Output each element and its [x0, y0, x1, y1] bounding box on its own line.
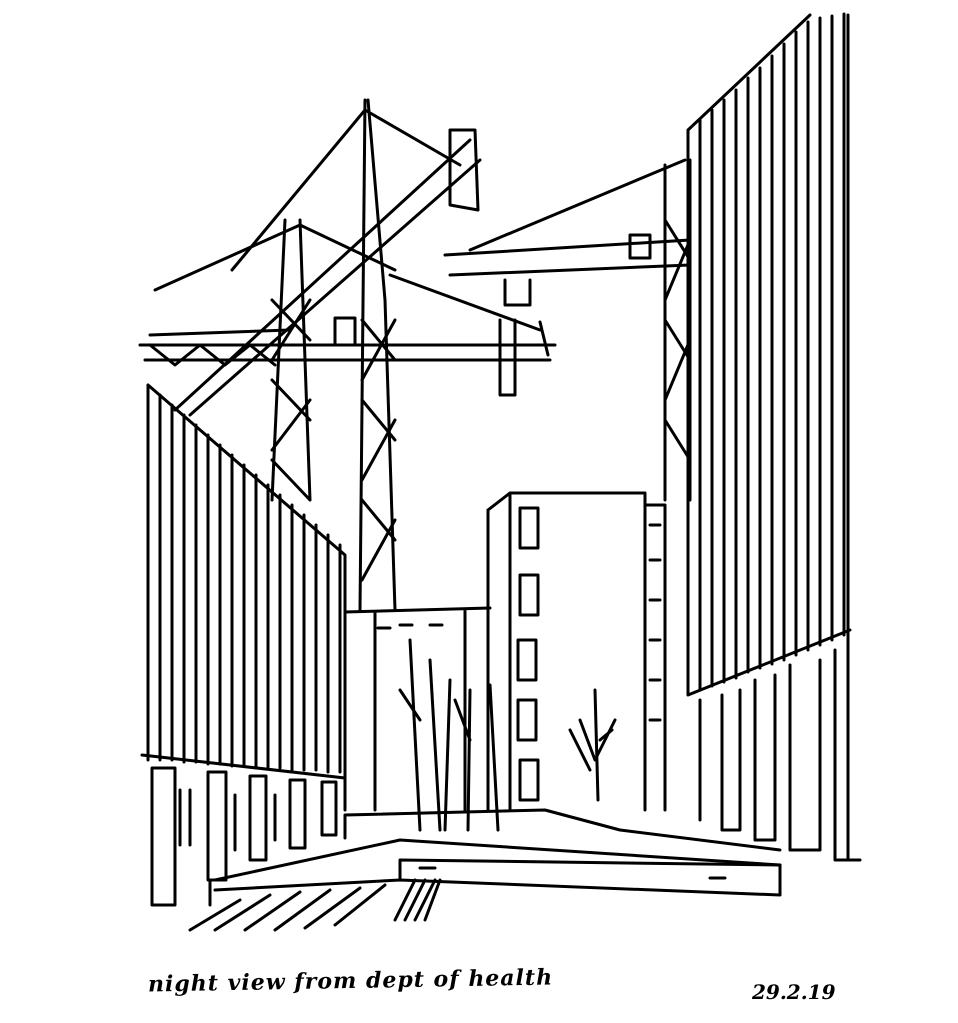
crane-right	[445, 160, 690, 500]
pen-sketch-drawing	[0, 0, 958, 1023]
trees	[400, 640, 615, 830]
plaza	[190, 810, 780, 930]
crane-left	[140, 220, 555, 500]
left-building	[142, 385, 345, 905]
sketch-date: 29.2.19	[752, 980, 836, 1004]
right-building	[688, 14, 860, 860]
